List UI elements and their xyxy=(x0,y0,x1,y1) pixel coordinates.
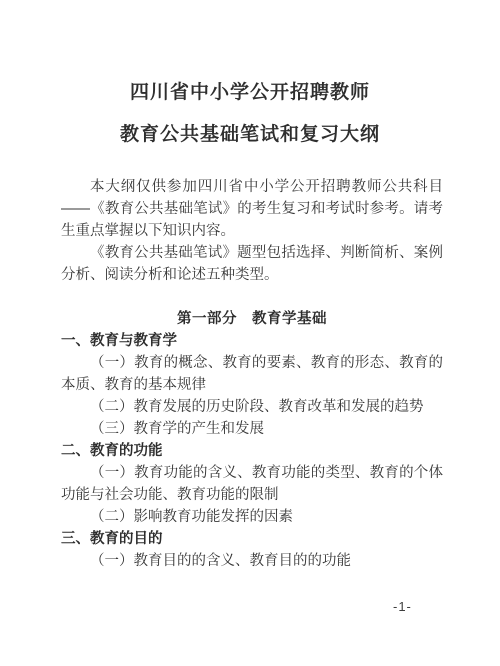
document-title: 四川省中小学公开招聘教师 教育公共基础笔试和复习大纲 xyxy=(0,0,500,156)
chapter-1-heading: 一、教育与教育学 xyxy=(61,330,443,352)
document-body: 本大纲仅供参加四川省中小学公开招聘教师公共科目——《教育公共基础笔试》的考生复习… xyxy=(61,176,443,572)
intro-section: 本大纲仅供参加四川省中小学公开招聘教师公共科目——《教育公共基础笔试》的考生复习… xyxy=(61,176,443,286)
chapter-3-heading: 三、教育的目的 xyxy=(61,528,443,550)
intro-paragraph-1: 本大纲仅供参加四川省中小学公开招聘教师公共科目——《教育公共基础笔试》的考生复习… xyxy=(61,176,443,242)
outline-chapter-1: 一、教育与教育学 （一）教育的概念、教育的要素、教育的形态、教育的本质、教育的基… xyxy=(61,330,443,440)
outline-chapter-2: 二、教育的功能 （一）教育功能的含义、教育功能的类型、教育的个体功能与社会功能、… xyxy=(61,440,443,528)
intro-paragraph-2: 《教育公共基础笔试》题型包括选择、判断简析、案例分析、阅读分析和论述五种类型。 xyxy=(61,242,443,286)
chapter-2-heading: 二、教育的功能 xyxy=(61,440,443,462)
chapter-1-item-2: （二）教育发展的历史阶段、教育改革和发展的趋势 xyxy=(61,396,443,418)
outline-section: 一、教育与教育学 （一）教育的概念、教育的要素、教育的形态、教育的本质、教育的基… xyxy=(61,330,443,572)
chapter-2-item-2: （二）影响教育功能发挥的因素 xyxy=(61,506,443,528)
chapter-1-item-1: （一）教育的概念、教育的要素、教育的形态、教育的本质、教育的基本规律 xyxy=(61,352,443,396)
chapter-3-item-1: （一）教育目的的含义、教育目的的功能 xyxy=(61,550,443,572)
document-title-line-2: 教育公共基础笔试和复习大纲 xyxy=(0,114,500,156)
part-1-heading: 第一部分 教育学基础 xyxy=(61,308,443,330)
document-page: 四川省中小学公开招聘教师 教育公共基础笔试和复习大纲 本大纲仅供参加四川省中小学… xyxy=(0,0,500,666)
chapter-1-item-3: （三）教育学的产生和发展 xyxy=(61,418,443,440)
document-title-line-1: 四川省中小学公开招聘教师 xyxy=(0,72,500,114)
outline-chapter-3: 三、教育的目的 （一）教育目的的含义、教育目的的功能 xyxy=(61,528,443,572)
chapter-2-item-1: （一）教育功能的含义、教育功能的类型、教育的个体功能与社会功能、教育功能的限制 xyxy=(61,462,443,506)
page-number: -1- xyxy=(393,600,412,614)
